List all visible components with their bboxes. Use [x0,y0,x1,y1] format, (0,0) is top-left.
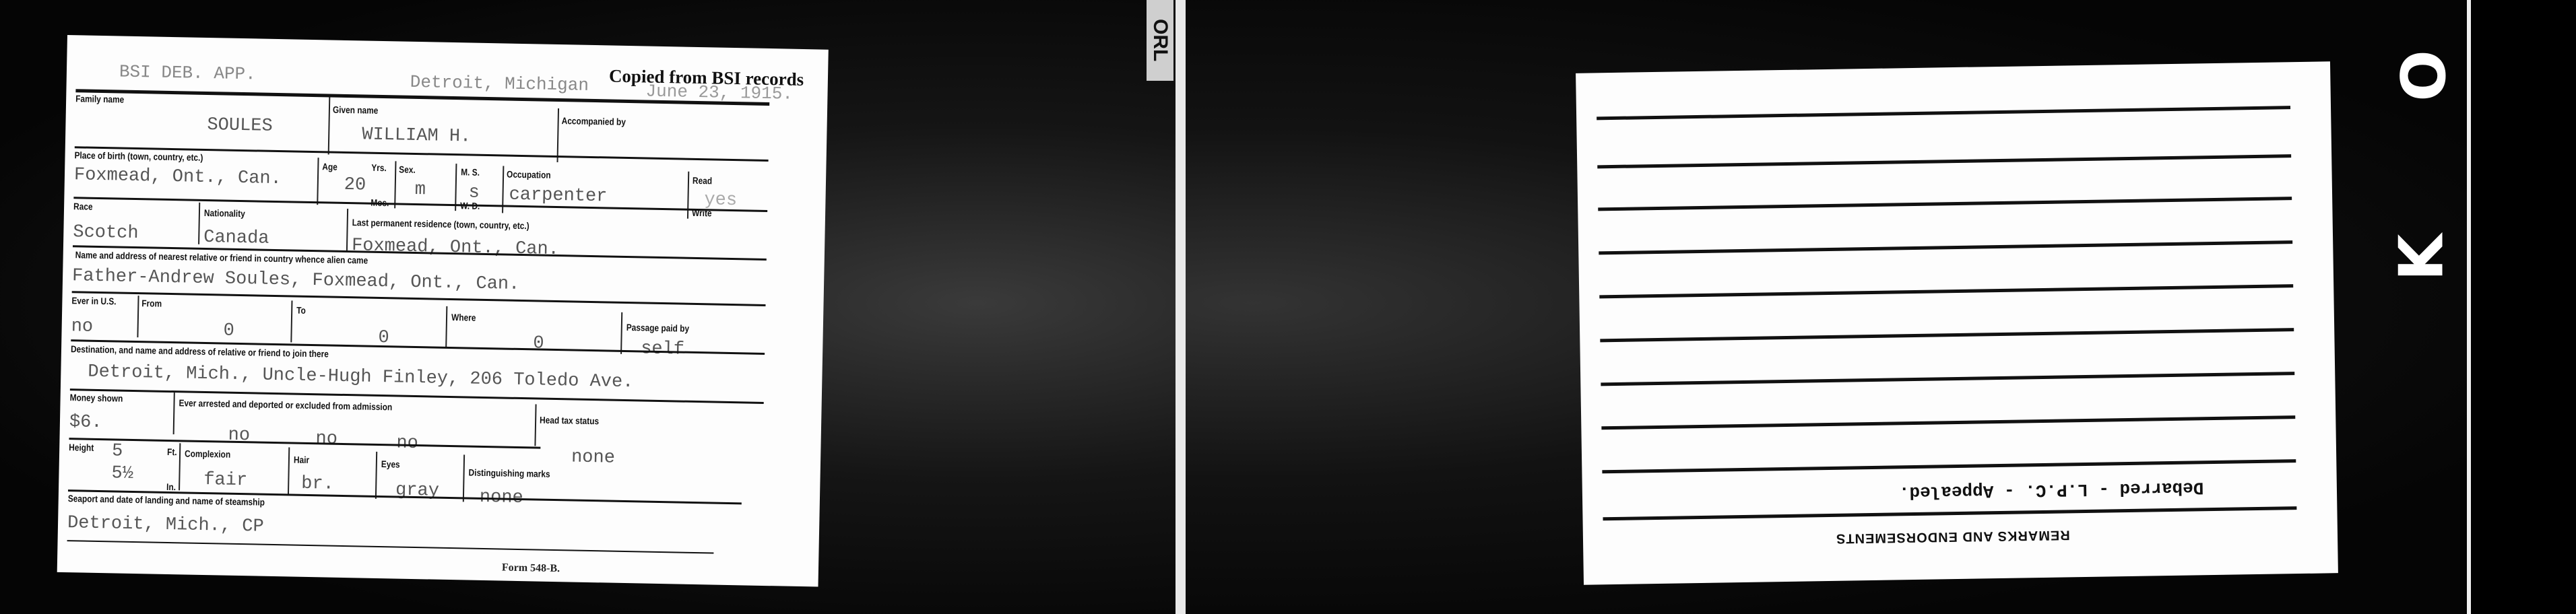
rule [288,447,290,494]
label-arrested: Ever arrested and deported or excluded f… [179,397,392,412]
rule [198,203,200,244]
value-money-shown: $6. [69,412,102,433]
rule [534,404,536,446]
rule [1597,154,2291,168]
remark-text: Debarred - L.P.C. - Appealed. [1899,477,2204,502]
label-where: Where [451,312,476,323]
label-hair: Hair [294,454,309,465]
label-complexion: Complexion [185,448,230,459]
rule [317,158,319,205]
frame-marker-k: K [2386,234,2457,281]
label-distinguishing-marks: Distinguishing marks [468,467,550,479]
rule [1603,506,2296,520]
film-leader [2471,0,2576,614]
value-family-name: SOULES [207,115,273,137]
label-last-residence: Last permanent residence (town, country,… [352,217,529,231]
value-hair: br. [301,474,334,495]
rule [1602,459,2296,473]
value-arrested-2: no [315,429,337,450]
rule [1600,328,2294,342]
value-head-tax: none [571,447,615,468]
rule [290,300,292,342]
label-destination: Destination, and name and address of rel… [71,343,329,359]
copied-stamp: Copied from BSI records [609,65,804,90]
rule [1601,415,2295,430]
rule [346,209,348,250]
header-place: Detroit, Michigan [410,72,589,96]
rule [620,312,622,354]
label-race: Race [73,201,93,212]
rule [72,291,766,306]
label-ever-in-us: Ever in U.S. [71,295,116,306]
label-nationality: Nationality [204,207,245,219]
label-occupation: Occupation [507,169,551,180]
roll-label: ORL [1147,0,1173,81]
rule [328,97,331,154]
rule [67,540,714,553]
label-sex: Sex. [399,164,416,174]
rule [463,454,465,502]
value-nationality: Canada [203,228,269,249]
label-passage-paid-by: Passage paid by [626,322,690,334]
rule [137,296,139,337]
rule [1599,284,2293,298]
value-complexion: fair [203,470,247,491]
label-marital-top: M. S. [461,166,480,178]
value-height-ft: 5 [112,441,123,461]
rule [394,161,396,208]
value-place-of-birth: Foxmead, Ont., Can. [74,165,282,189]
label-from: From [141,298,162,309]
label-family-name: Family name [75,93,124,104]
value-sex: m [414,180,426,200]
label-height-in: In. [166,481,176,492]
value-where: 0 [533,333,544,353]
header-left: BSI DEB. APP. [119,61,256,84]
label-age-yrs: Yrs. [371,162,387,173]
rule [69,438,540,448]
frame-divider [1176,0,1186,614]
label-height-ft: Ft. [167,446,177,457]
label-seaport: Seaport and date of landing and name of … [68,493,265,508]
value-height-in: 5½ [111,463,133,484]
label-accompanied-by: Accompanied by [562,115,626,127]
rule [1597,106,2290,120]
label-place-of-birth: Place of birth (town, country, etc.) [74,149,203,163]
rule [375,452,377,499]
value-age: 20 [344,175,366,196]
form-number: Form 548-B. [502,562,560,576]
value-destination: Detroit, Mich., Uncle-Hugh Finley, 206 T… [88,362,634,393]
rule [445,306,447,348]
rule [173,393,175,434]
rule [687,172,689,219]
label-height: Height [69,442,94,453]
label-head-tax: Head tax status [540,415,599,427]
manifest-card-front: BSI DEB. APP. Detroit, Michigan June 23,… [57,35,829,587]
label-money-shown: Money shown [70,392,123,404]
label-read: Read [693,175,712,186]
value-last-residence: Foxmead, Ont., Can. [352,236,559,260]
value-nearest-relative: Father-Andrew Soules, Foxmead, Ont., Can… [72,266,520,295]
value-ever-in-us: no [71,316,93,337]
rule [179,443,181,490]
label-given-name: Given name [333,104,379,116]
value-seaport: Detroit, Mich., CP [67,513,264,537]
rule [557,108,560,162]
label-eyes: Eyes [381,458,400,470]
manifest-card-back: Debarred - L.P.C. - Appealed. REMARKS AN… [1576,61,2338,584]
frame-marker-o: O [2389,50,2459,102]
rule [1598,197,2292,211]
value-passage-paid-by: self [641,339,684,360]
value-given-name: WILLIAM H. [362,125,472,147]
rule [1599,240,2292,254]
label-age: Age [322,161,337,172]
rule [1601,372,2294,386]
label-to: To [296,305,306,316]
value-occupation: carpenter [509,185,607,207]
value-from: 0 [223,321,234,341]
value-race: Scotch [73,222,139,244]
remarks-heading: REMARKS AND ENDORSEMENTS [1836,526,2070,545]
